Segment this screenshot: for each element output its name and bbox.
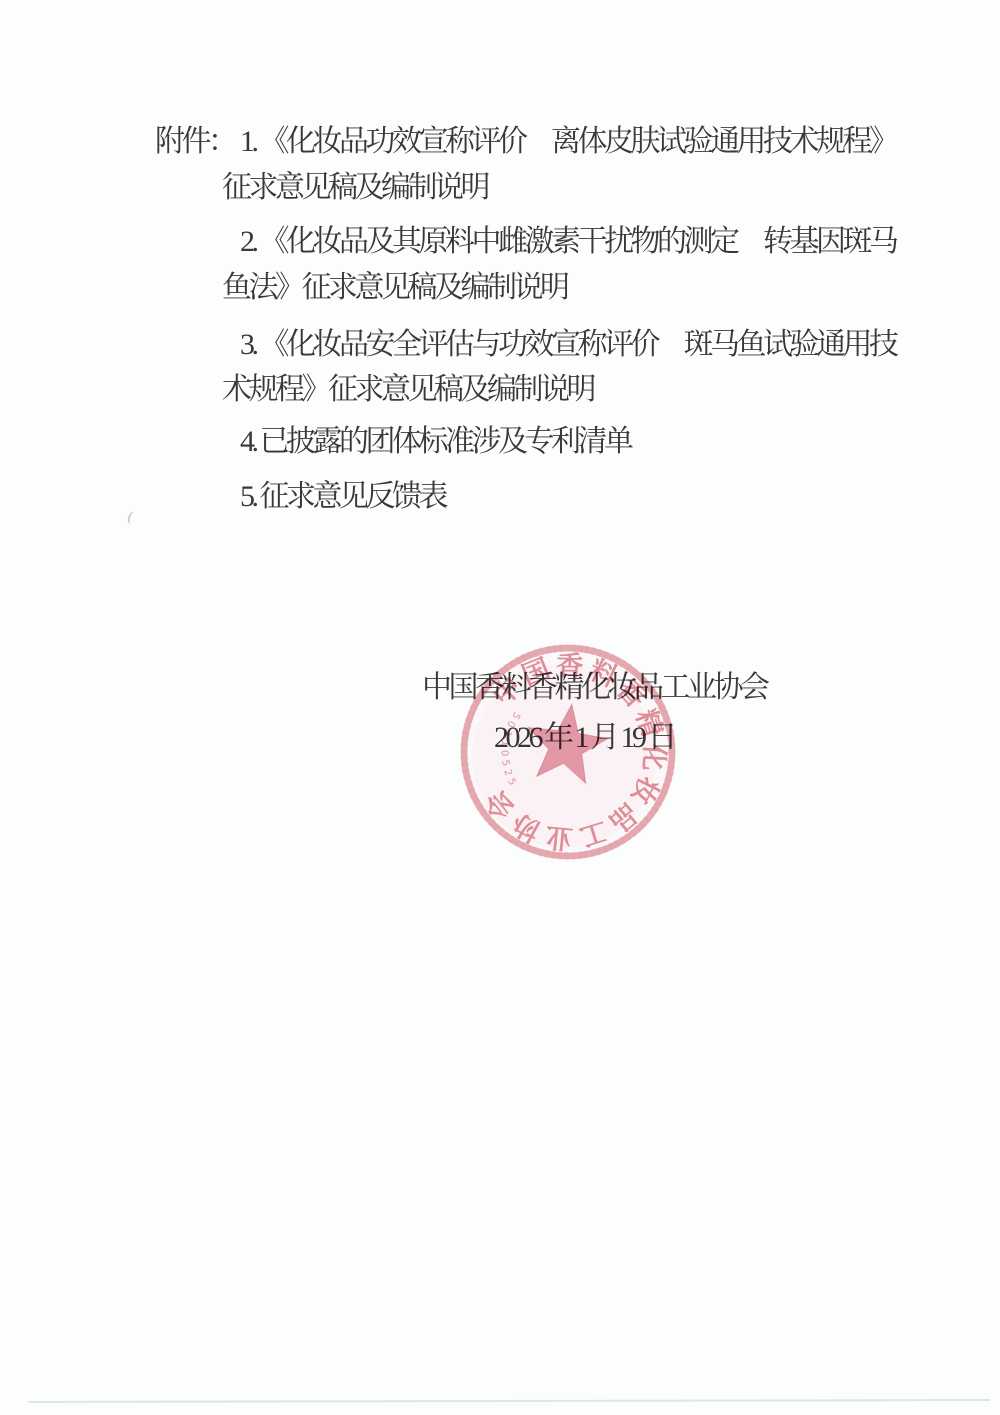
seal-code-digit: 5 xyxy=(505,777,518,788)
seal-ring-char: 品 xyxy=(604,797,644,837)
attachment-line-8: 5. 征求意见反馈表 xyxy=(240,479,445,515)
seal-ring-char: 工 xyxy=(576,816,611,853)
seal-ring-char: 业 xyxy=(544,821,574,854)
attachment-line-3: 2. 《化妆品及其原料中雌激素干扰物的测定 转基因斑马 xyxy=(240,224,896,260)
page-bottom-scan-line xyxy=(28,1399,990,1403)
attachment-line-6: 术规程》征求意见稿及编制说明 xyxy=(222,372,593,408)
attachment-line-5: 3. 《化妆品安全评估与功效宣称评价 斑马鱼试验通用技 xyxy=(240,327,896,363)
attachment-label: 附件： xyxy=(155,124,235,160)
signature-date: 2026 年 1 月 19 日 xyxy=(494,720,674,756)
attachment-line-1: 1. 《化妆品功效宣称评价 离体皮肤试验通用技术规程》 xyxy=(240,124,896,160)
attachment-line-4: 鱼法》征求意见稿及编制说明 xyxy=(222,270,567,306)
document-page: 附件： 1. 《化妆品功效宣称评价 离体皮肤试验通用技术规程》征求意见稿及编制说… xyxy=(0,0,1000,1415)
scan-artifact-mark xyxy=(127,511,141,526)
seal-ring-char: 协 xyxy=(506,807,545,847)
seal-code-digit: 2 xyxy=(501,768,513,778)
attachment-line-7: 4. 已披露的团体标准涉及专利清单 xyxy=(240,424,631,460)
seal-ring-char: 妆 xyxy=(625,772,665,810)
signature-organization: 中国香料香精化妆品工业协会 xyxy=(422,670,767,706)
attachment-line-2: 征求意见稿及编制说明 xyxy=(222,170,487,206)
seal-code-digit: 5 xyxy=(499,759,511,767)
seal-ring-char: 会 xyxy=(480,785,520,825)
